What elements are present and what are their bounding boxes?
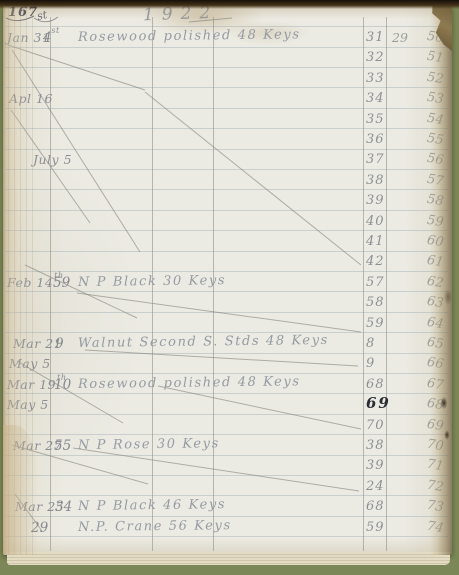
row-number: 57 — [366, 275, 385, 290]
row-right-value: 61 — [426, 253, 445, 270]
ledger-row: 7069 — [3, 418, 452, 438]
row-right-value: 69 — [426, 416, 445, 433]
ledger-row: 5964 — [3, 316, 452, 336]
ledger-row: Mar 2534N P Black 46 Keys6873 — [3, 499, 452, 519]
ledger-row: 29N.P. Crane 56 Keys5974 — [3, 520, 452, 540]
row-right-value: 66 — [426, 355, 445, 372]
ledger-row: May 56968 — [3, 397, 452, 417]
ledger-row: 3655 — [3, 132, 452, 152]
entry-item-number: 29 — [31, 520, 48, 536]
row-right-value: 63 — [426, 294, 445, 311]
row-right-value: 65 — [426, 335, 445, 352]
entry-item-number: 34 — [55, 499, 72, 515]
entry-date: May 5 — [7, 397, 49, 412]
row-right-value: 55 — [426, 131, 445, 148]
row-number: 39 — [366, 193, 385, 208]
entry-date: July 5 — [33, 152, 72, 167]
row-number: 8 — [366, 336, 375, 351]
ledger-row: 5863 — [3, 295, 452, 315]
row-right-value: 73 — [426, 498, 445, 515]
row-right-value: 70 — [426, 437, 445, 454]
entry-description: N P Black 46 Keys — [78, 497, 226, 514]
ledger-row: May 5966 — [3, 356, 452, 376]
row-right-value: 72 — [426, 478, 445, 495]
row-number: 70 — [366, 418, 385, 433]
row-number: 68 — [366, 499, 385, 514]
ledger-row: 4261 — [3, 254, 452, 274]
row-right-value: 64 — [426, 314, 445, 331]
entry-item-number: 55 — [54, 438, 71, 454]
row-number: 35 — [366, 112, 385, 127]
row-right-value: 58 — [426, 192, 445, 209]
row-number: 59 — [366, 316, 385, 331]
row-number: 58 — [366, 295, 385, 310]
ledger-entries: Jan 31st4Rosewood polished 48 Keys312950… — [3, 5, 452, 555]
row-extra-value: 29 — [392, 30, 408, 45]
ledger-row: 3857 — [3, 173, 452, 193]
ledger-row: 3554 — [3, 112, 452, 132]
row-right-value: 62 — [426, 274, 445, 291]
row-number: 41 — [366, 234, 385, 249]
row-right-value: 54 — [426, 110, 445, 127]
row-number: 37 — [366, 152, 385, 167]
entry-description: Rosewood polished 48 Keys — [78, 27, 301, 45]
row-number: 38 — [366, 173, 385, 188]
row-right-value: 57 — [426, 172, 445, 189]
row-right-value: 51 — [426, 49, 445, 66]
row-right-value: 74 — [426, 518, 445, 535]
row-number: 9 — [366, 356, 375, 371]
ledger-row: 3251 — [3, 50, 452, 70]
row-right-value: 52 — [426, 70, 445, 87]
entry-item-number: 10 — [54, 377, 71, 393]
ledger-row: Feb 14th59N P Black 30 Keys5762 — [3, 275, 452, 295]
row-right-value: 50 — [426, 29, 445, 46]
entry-description: Walnut Second S. Stds 48 Keys — [78, 333, 329, 351]
ledger-row: 3352 — [3, 71, 452, 91]
row-number: 31 — [366, 30, 385, 45]
entry-date: May 5 — [9, 356, 51, 371]
row-number: 68 — [366, 377, 385, 392]
entry-date: Apl 16 — [9, 91, 53, 106]
row-right-value: 68 — [426, 396, 445, 413]
row-right-value: 59 — [426, 212, 445, 229]
entry-description: N.P. Crane 56 Keys — [78, 518, 232, 535]
entry-description: N P Black 30 Keys — [78, 273, 226, 290]
row-number: 42 — [366, 254, 385, 269]
row-number: 36 — [366, 132, 385, 147]
ledger-page: Jan 31st4Rosewood polished 48 Keys312950… — [3, 5, 452, 555]
row-number: 34 — [366, 91, 385, 106]
ledger-row: 2472 — [3, 479, 452, 499]
ledger-row: 4059 — [3, 214, 452, 234]
date-superscript: st — [51, 26, 59, 35]
entry-description: N P Rose 30 Keys — [78, 436, 220, 453]
page-stack-edge — [7, 552, 450, 565]
ledger-row: 3958 — [3, 193, 452, 213]
entry-item-number: 59 — [53, 275, 70, 291]
ledger-row: 3971 — [3, 458, 452, 478]
ledger-row: Mar 2755N P Rose 30 Keys3870 — [3, 438, 452, 458]
ledger-row: July 53756 — [3, 152, 452, 172]
ledger-row: Mar 219Walnut Second S. Stds 48 Keys865 — [3, 336, 452, 356]
entry-description: Rosewood polished 48 Keys — [78, 374, 301, 392]
row-number: 69 — [366, 394, 391, 412]
row-number: 24 — [366, 479, 385, 494]
row-right-value: 56 — [426, 151, 445, 168]
ledger-photo: { "page": { "page_number": "167", "year"… — [0, 0, 459, 575]
row-number: 40 — [366, 214, 385, 229]
ledger-row: Apl 163453 — [3, 91, 452, 111]
row-right-value: 53 — [426, 90, 445, 107]
book-top-edge — [0, 0, 459, 9]
row-number: 38 — [366, 438, 385, 453]
row-number: 32 — [366, 50, 385, 65]
row-number: 39 — [366, 458, 385, 473]
row-right-value: 67 — [426, 376, 445, 393]
ledger-row: Jan 31st4Rosewood polished 48 Keys312950 — [3, 30, 452, 50]
entry-item-number: 9 — [55, 336, 64, 352]
entry-item-number: 4 — [43, 30, 52, 46]
row-right-value: 71 — [426, 457, 445, 474]
row-number: 59 — [366, 520, 385, 535]
row-right-value: 60 — [426, 233, 445, 250]
row-number: 33 — [366, 71, 385, 86]
ledger-row: 4160 — [3, 234, 452, 254]
